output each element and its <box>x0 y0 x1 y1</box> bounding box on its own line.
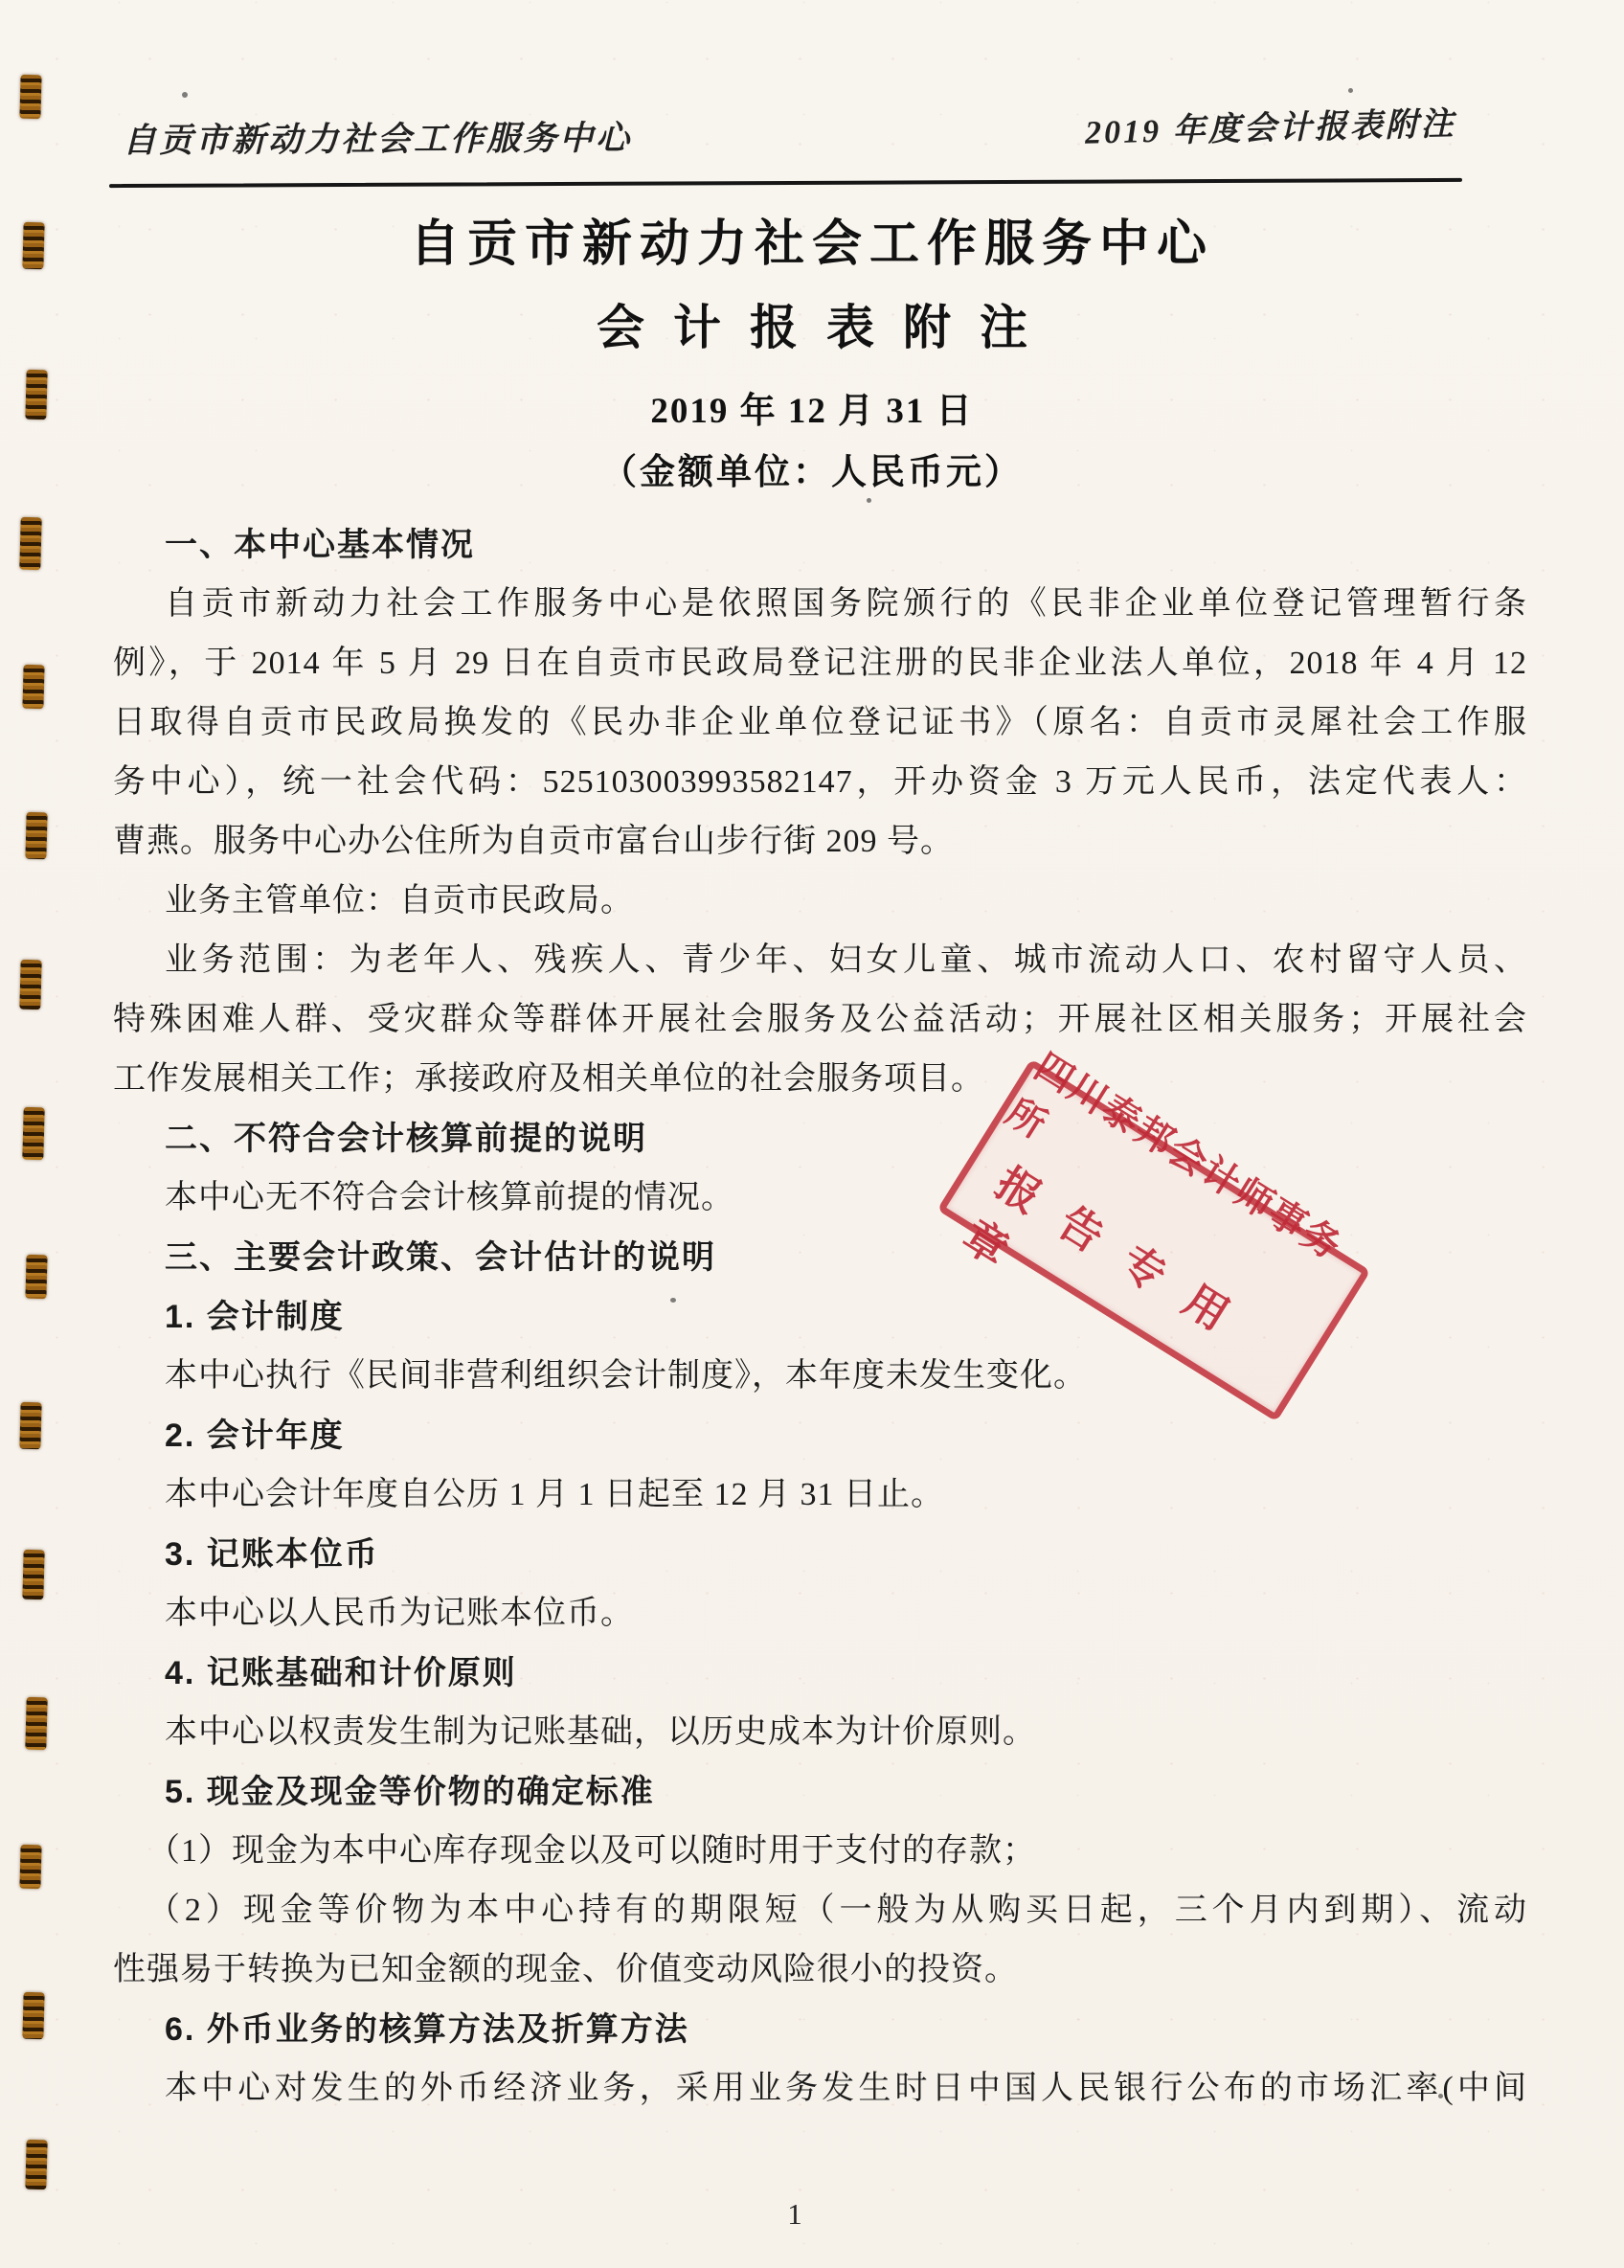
text-line: （2）现金等价物为本中心持有的期限短（一般为从购买日起，三个月内到期）、流动 <box>113 1881 1527 1940</box>
text-line: 自贡市新动力社会工作服务中心是依照国务院颁行的《民非企业单位登记管理暂行条 <box>113 575 1527 634</box>
text-line: 业务范围：为老年人、残疾人、青少年、妇女儿童、城市流动人口、农村留守人员、 <box>113 931 1527 990</box>
text-line: 日取得自贡市民政局换发的《民办非企业单位登记证书》（原名：自贡市灵犀社会工作服 <box>113 693 1527 753</box>
binding-mark <box>19 1845 41 1890</box>
text-line: 4. 记账基础和计价原则 <box>113 1644 1527 1703</box>
text-line: 本中心对发生的外币经济业务，采用业务发生时日中国人民银行公布的市场汇率(中间 <box>113 2059 1527 2119</box>
text-line: 例》，于 2014 年 5 月 29 日在自贡市民政局登记注册的民非企业法人单位… <box>113 634 1527 693</box>
text-line: 本中心以权责发生制为记账基础，以历史成本为计价原则。 <box>113 1703 1527 1762</box>
text-line: 特殊困难人群、受灾群众等群体开展社会服务及公益活动；开展社区相关服务；开展社会 <box>113 990 1527 1050</box>
text-line: 一、本中心基本情况 <box>113 515 1527 575</box>
binding-mark <box>19 75 41 120</box>
binding-mark <box>19 960 41 1010</box>
binding-mark <box>19 517 41 571</box>
document-date: 2019 年 12 月 31 日 <box>0 381 1624 433</box>
text-line: 工作发展相关工作；承接政府及相关单位的社会服务项目。 <box>113 1050 1527 1109</box>
binding-mark <box>19 1402 41 1450</box>
binding-mark <box>22 665 44 710</box>
document-title: 自贡市新动力社会工作服务中心 <box>0 203 1624 275</box>
text-line: 务中心），统一社会代码：525103003993582147，开办资金 3 万元… <box>113 753 1527 812</box>
binding-mark <box>25 1697 47 1751</box>
text-line: 性强易于转换为已知金额的现金、价值变动风险很小的投资。 <box>113 1940 1527 2000</box>
text-line: （1）现金为本中心库存现金以及可以随时用于支付的存款； <box>113 1822 1527 1881</box>
scan-speck <box>670 1298 676 1303</box>
scan-speck <box>1348 88 1353 93</box>
document-subtitle: 会计报表附注 <box>0 289 1624 358</box>
binding-mark <box>25 812 47 860</box>
header-left: 自贡市新动力社会工作服务中心 <box>123 112 632 163</box>
binding-mark <box>25 2140 47 2190</box>
scan-speck <box>867 498 871 503</box>
currency-unit-line: （金额单位：人民币元） <box>0 442 1624 494</box>
text-line: 二、不符合会计核算前提的说明 <box>113 1109 1527 1168</box>
header-right: 2019 年度会计报表附注 <box>1084 97 1456 152</box>
binding-mark <box>22 1992 44 2040</box>
header-divider-line <box>109 178 1462 188</box>
scanned-document-page: 自贡市新动力社会工作服务中心 2019 年度会计报表附注 自贡市新动力社会工作服… <box>0 0 1624 2268</box>
binding-mark <box>22 1107 44 1161</box>
scan-speck <box>182 92 188 98</box>
text-line: 6. 外币业务的核算方法及折算方法 <box>113 2000 1527 2059</box>
text-line: 2. 会计年度 <box>113 1406 1527 1465</box>
text-line: 业务主管单位：自贡市民政局。 <box>113 872 1527 931</box>
text-line: 本中心以人民币为记账本位币。 <box>113 1584 1527 1644</box>
binding-mark <box>25 1255 47 1300</box>
text-line: 曹燕。服务中心办公住所为自贡市富台山步行街 209 号。 <box>113 812 1527 872</box>
text-line: 本中心会计年度自公历 1 月 1 日起至 12 月 31 日止。 <box>113 1465 1527 1525</box>
page-number: 1 <box>0 2197 1590 2232</box>
binding-mark <box>22 1550 44 1600</box>
text-line: 3. 记账本位币 <box>113 1525 1527 1584</box>
scan-speck <box>1438 2094 1443 2098</box>
text-line: 5. 现金及现金等价物的确定标准 <box>113 1762 1527 1822</box>
